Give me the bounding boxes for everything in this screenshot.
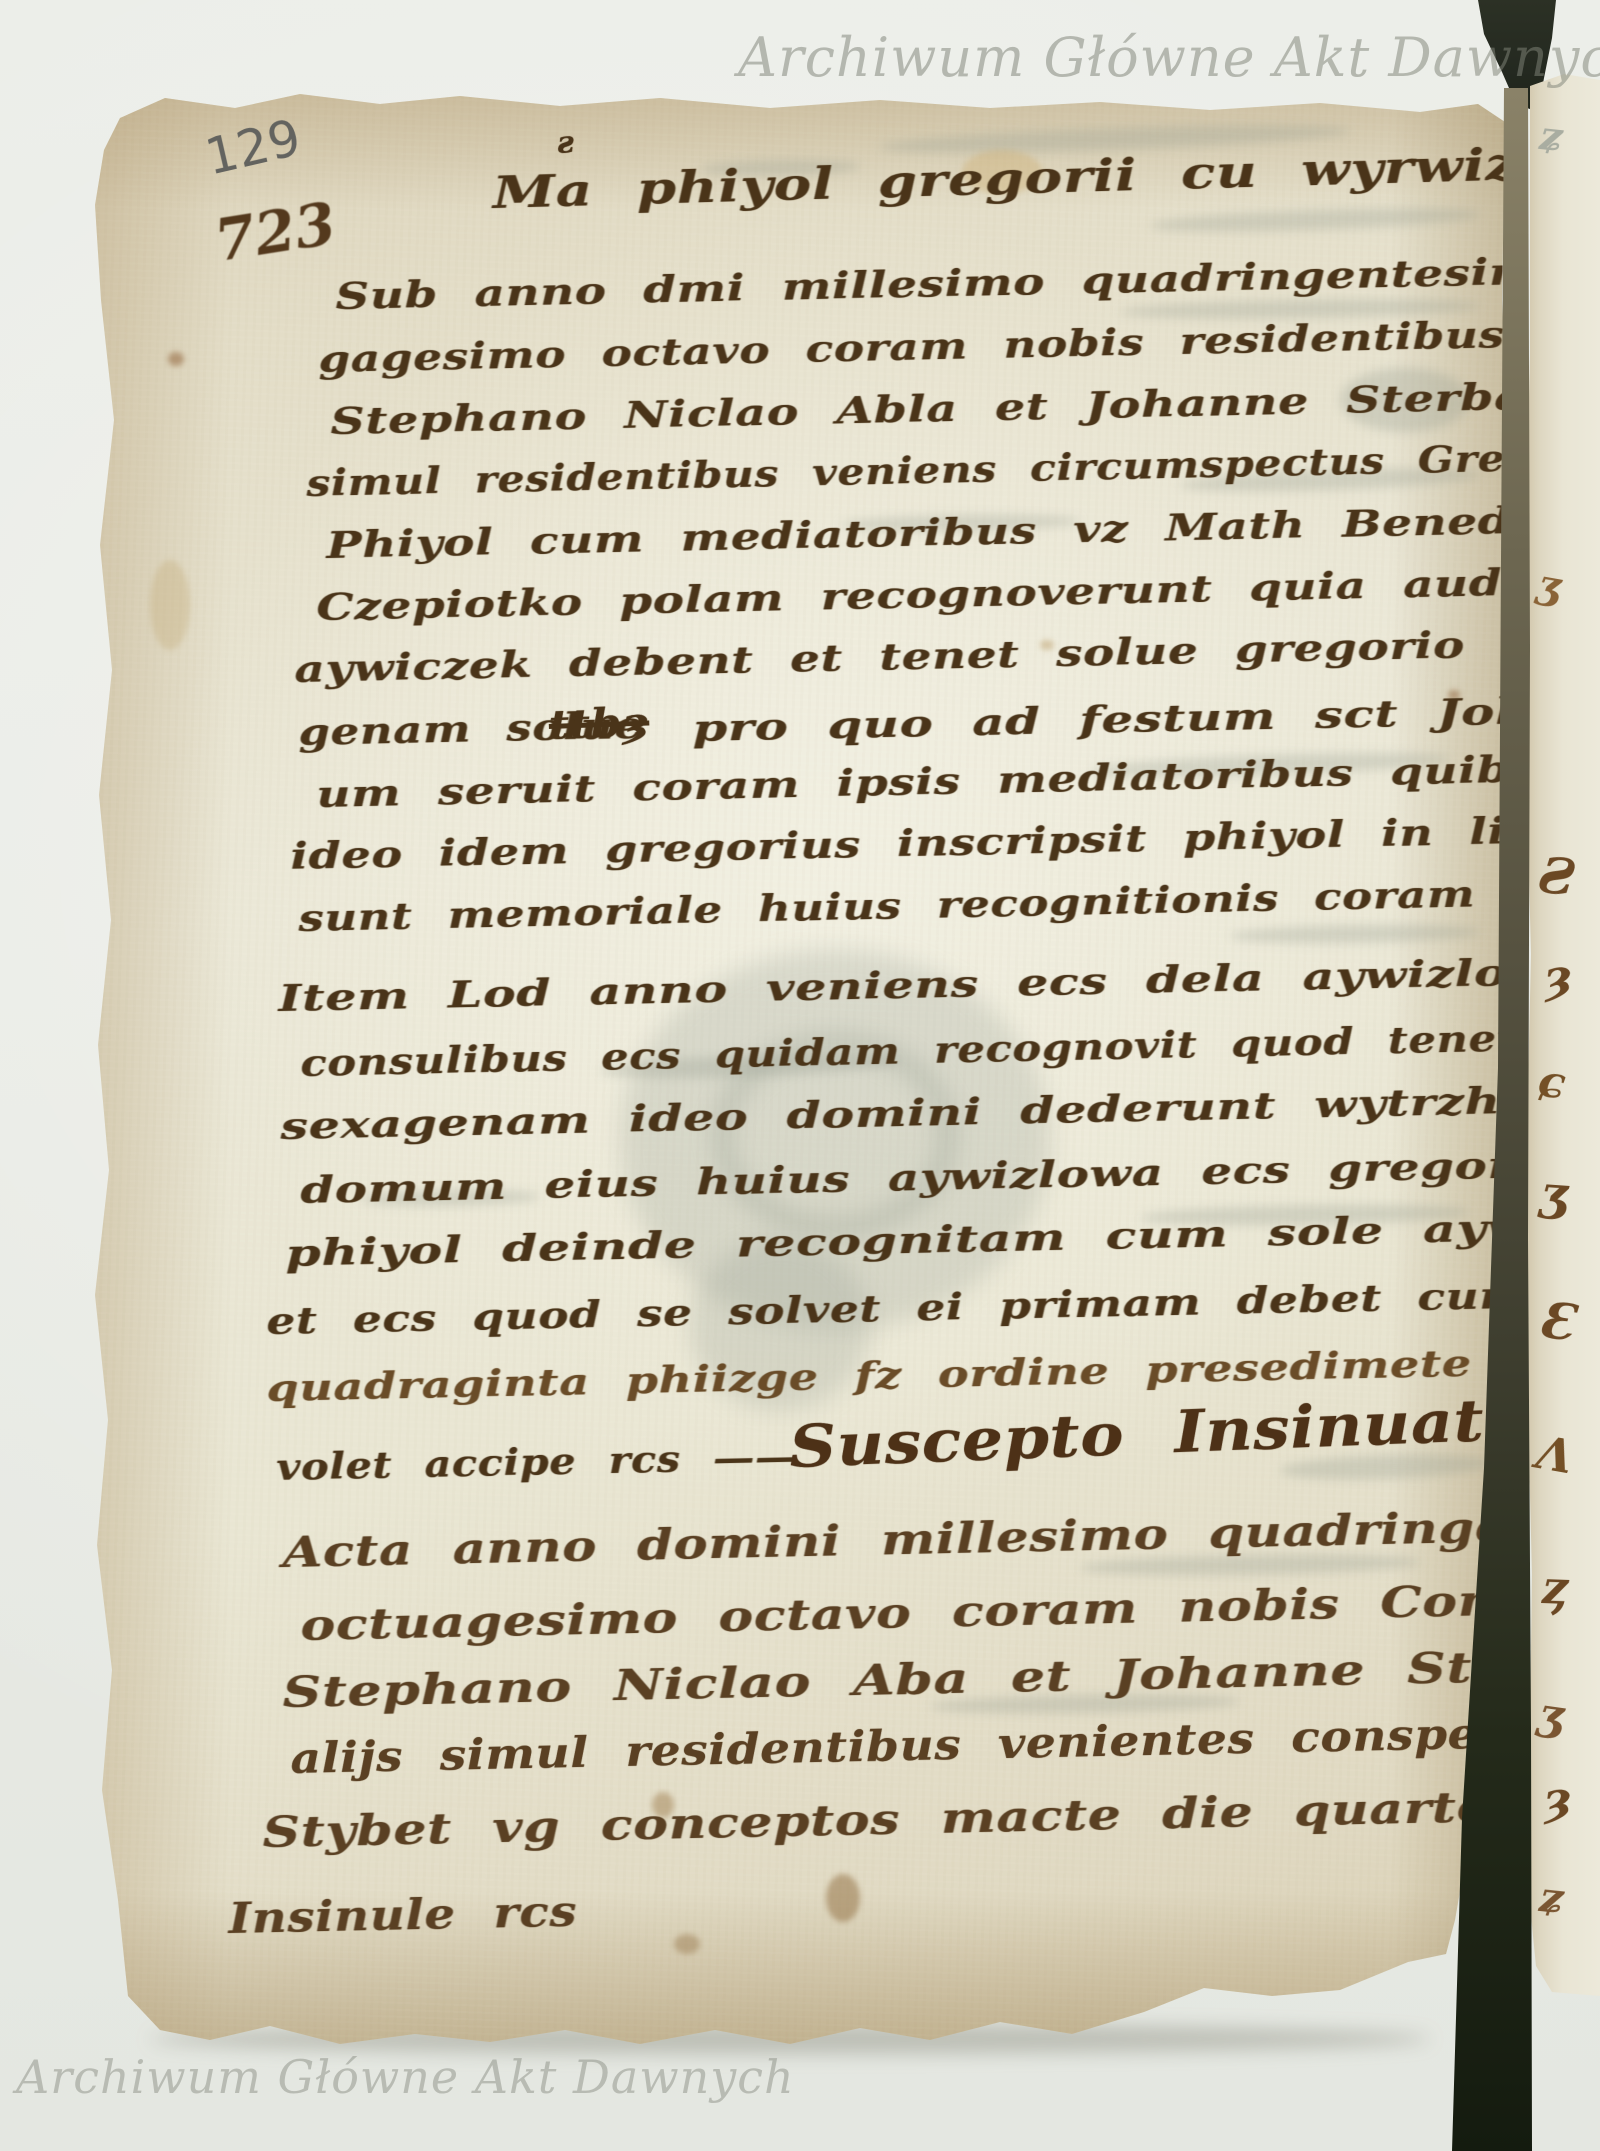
manuscript-line: Phiyol cum mediatoribus vz Math Benedek … — [326, 492, 1600, 567]
heading-flourish: ƨ — [556, 125, 576, 161]
manuscript-line: Stephano Niclao Abla et Johanne Sterba e… — [330, 371, 1600, 443]
facing-page-fragment: Ɛ — [1536, 1290, 1578, 1352]
paper-stain — [168, 352, 184, 366]
manuscript-line: simul residentibus veniens circumspectus… — [306, 431, 1600, 505]
verso-ghost-line — [1150, 204, 1480, 236]
facing-page-fragment: ʑ — [1537, 1872, 1566, 1923]
manuscript-line: ideo idem gregorius inscripsit phiyol in… — [290, 805, 1600, 878]
facing-page-fragment: ʑ — [1537, 112, 1565, 161]
archive-watermark-bottom: Archiwum Główne Akt Dawnych — [16, 2050, 795, 2104]
paper-stain — [674, 1934, 700, 1954]
manuscript-line: Insinule rcs — [228, 1887, 578, 1943]
manuscript-line: um seruit coram ipsis mediatoribus quibu… — [316, 744, 1600, 816]
paper-stain — [826, 1874, 860, 1922]
manuscript-line: pro quo ad festum sct Johannis bap — [692, 684, 1600, 750]
page-number-pencil: 129 — [200, 109, 306, 187]
manuscript-page: 129 723 ƨMa phiyol gregorii cu wyrwizlow… — [0, 0, 1600, 2151]
manuscript-line: volet accipe rcs —— — [276, 1436, 797, 1489]
folio-number-ink: 723 — [210, 189, 340, 275]
manuscript-line: octuagesimo octavo coram nobis Consulibu… — [300, 1571, 1600, 1650]
manuscript-line: Stybet vg conceptos macte die quarto sus… — [262, 1776, 1600, 1857]
struck-word: ttbȝ — [548, 698, 650, 748]
archive-watermark-top: Archiwum Główne Akt Dawnych — [738, 26, 1600, 89]
manuscript-line: alijs simul residentibus venientes consp… — [290, 1703, 1600, 1783]
manuscript-line: aywiczek debent et tenet solue gregorio … — [294, 616, 1600, 691]
paper-stain — [150, 560, 190, 650]
facing-page-fragment: ȝ — [1542, 948, 1574, 1004]
facing-page-fragment: ʒ — [1538, 1165, 1569, 1223]
facing-page-fragment: ȥ — [1540, 1560, 1568, 1615]
facing-page-fragment: Ƨ — [1536, 845, 1578, 907]
verso-ghost-line — [1230, 923, 1480, 945]
scanned-manuscript-view: 129 723 ƨMa phiyol gregorii cu wyrwizlow… — [0, 0, 1600, 2151]
manuscript-line: Czepiotko polam recognoverunt quia audea… — [316, 556, 1600, 629]
facing-page-fragment: ȝ — [1542, 1771, 1573, 1826]
